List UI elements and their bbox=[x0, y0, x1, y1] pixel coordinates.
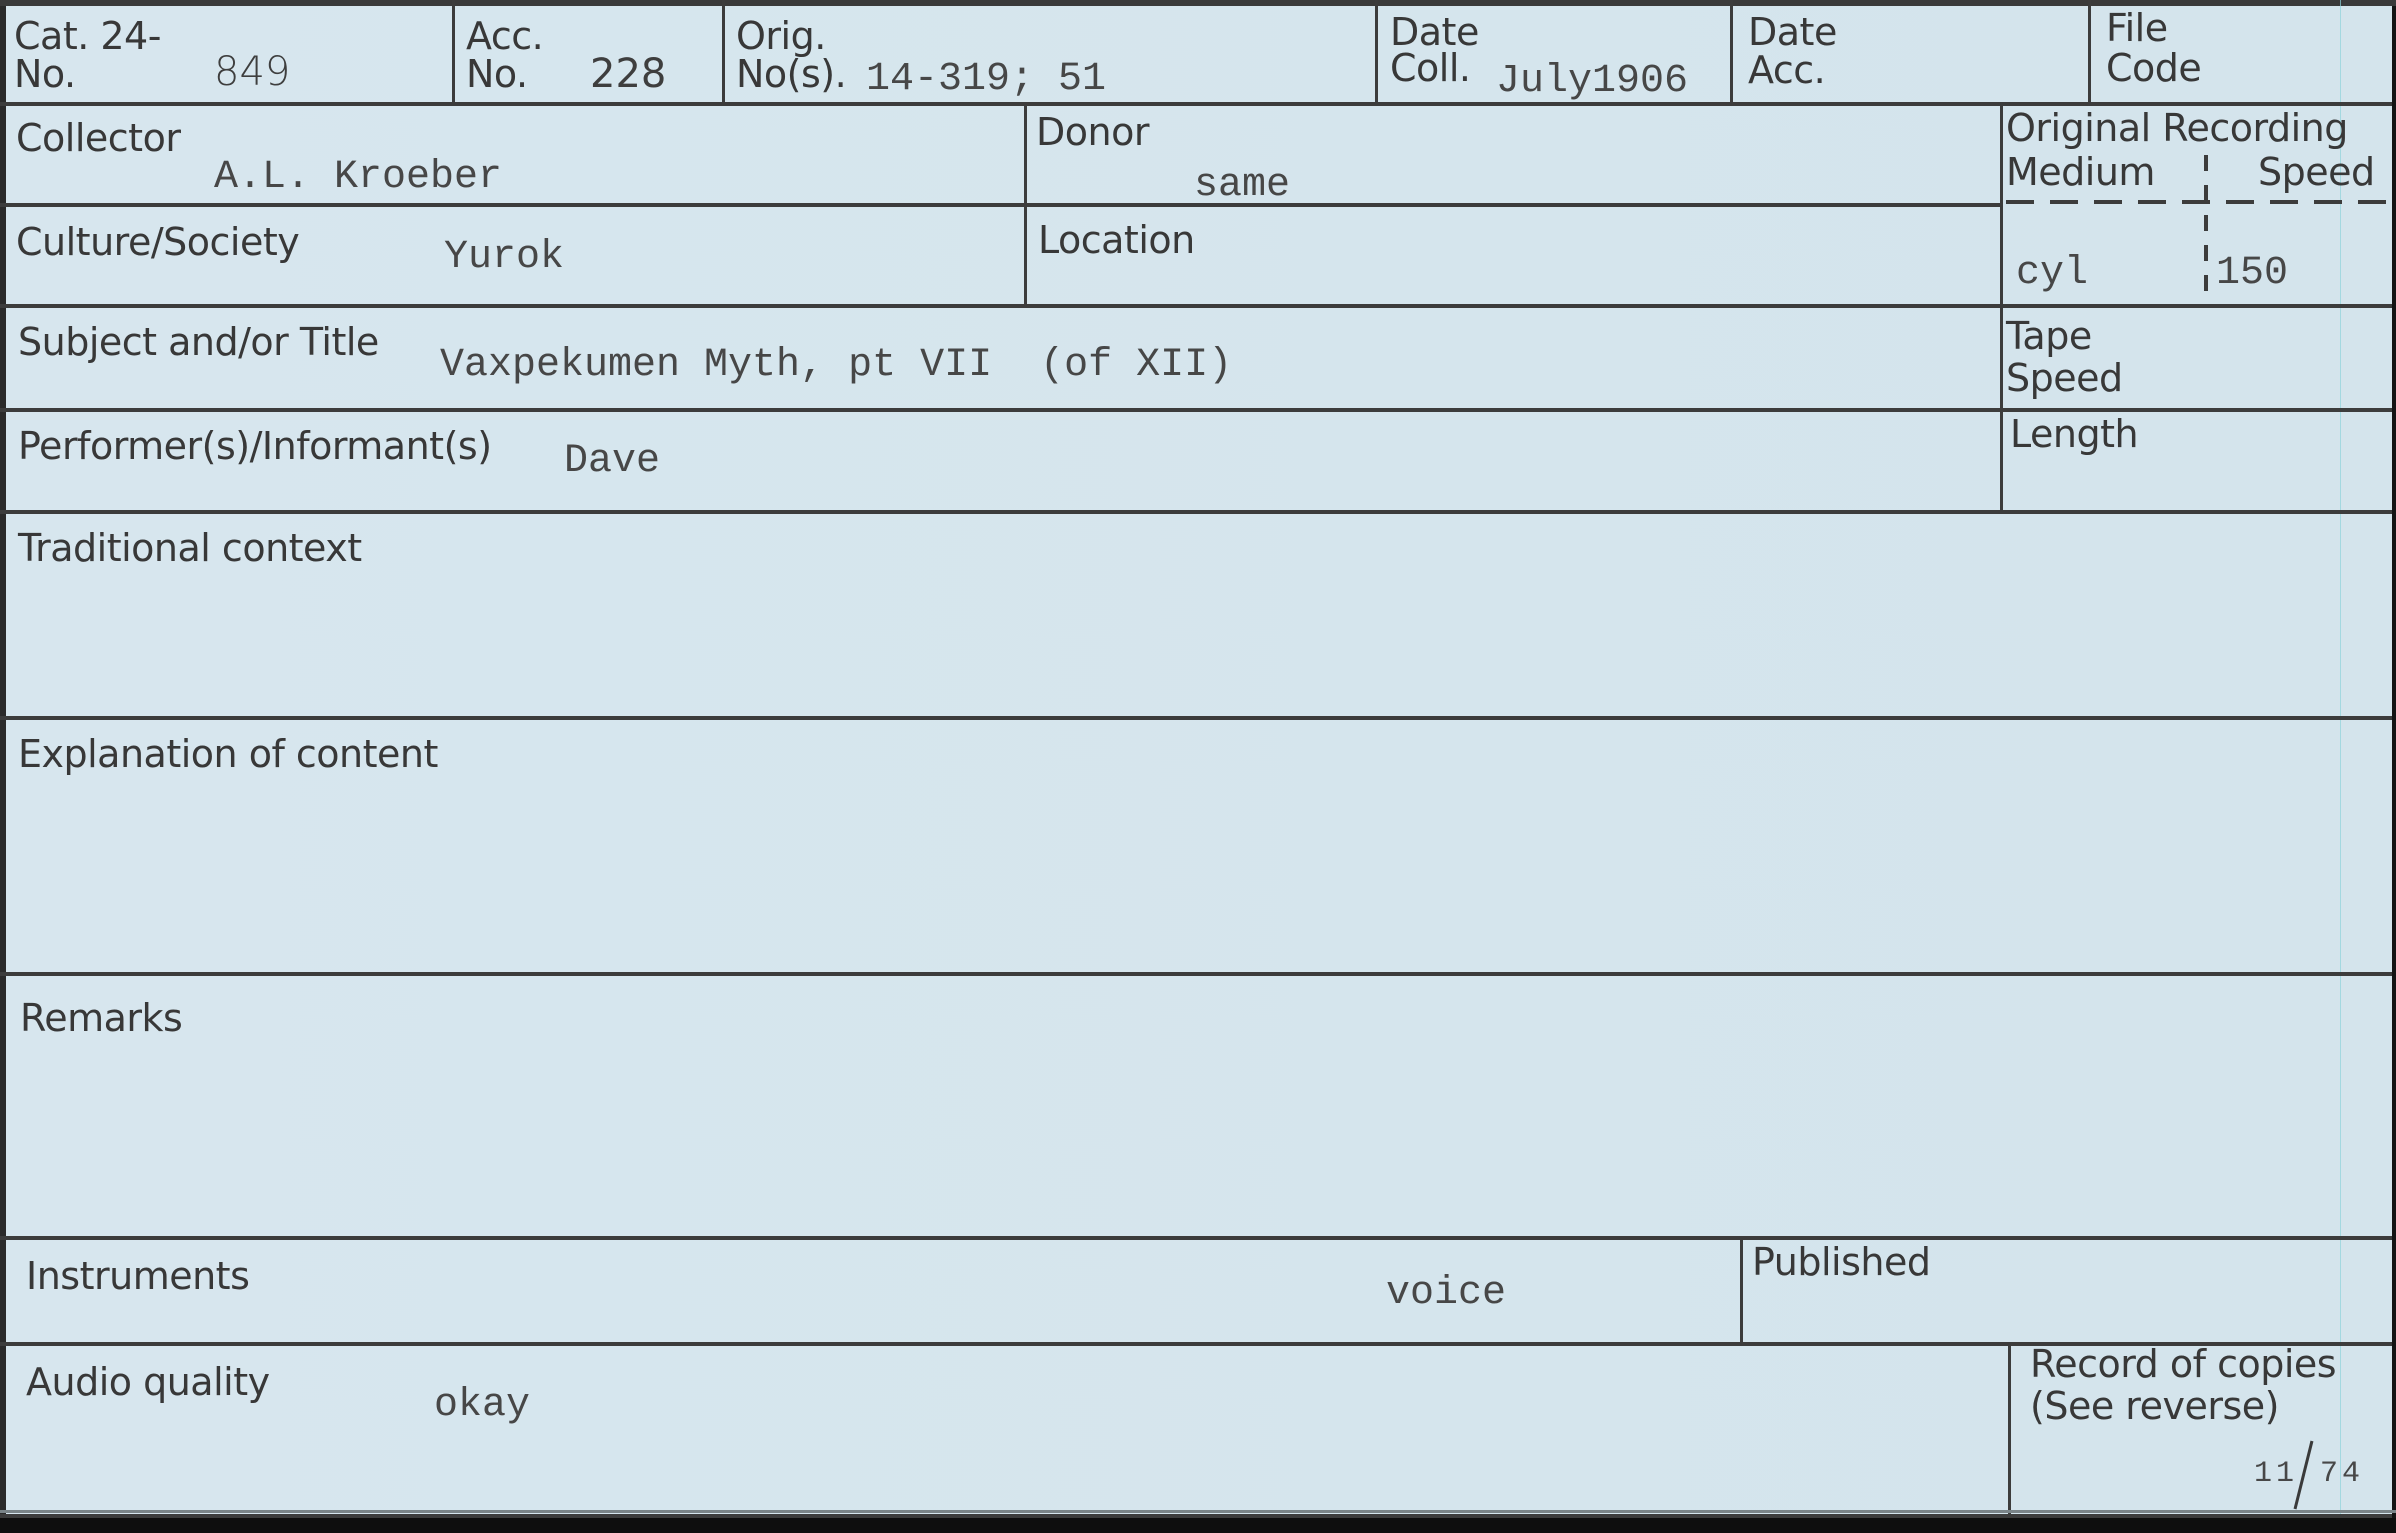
orig-nos-value: 14-319; 51 bbox=[866, 58, 1106, 102]
collector-value: A.L. Kroeber bbox=[214, 156, 502, 200]
tape-speed-label-line2: Speed bbox=[2006, 358, 2123, 398]
orig-nos-label-line2: No(s). bbox=[736, 54, 846, 94]
divider-acc-orig bbox=[722, 0, 725, 104]
speed-label: Speed bbox=[2258, 152, 2375, 192]
rule-traditional-bottom bbox=[0, 716, 2392, 720]
rule-explanation-bottom bbox=[0, 972, 2392, 976]
performers-value: Dave bbox=[564, 440, 660, 484]
divider-collector-donor bbox=[1024, 104, 1027, 308]
original-recording-title: Original Recording bbox=[2006, 108, 2348, 148]
medium-label: Medium bbox=[2006, 152, 2155, 192]
record-of-copies-value-right: 74 bbox=[2320, 1452, 2364, 1496]
date-coll-value: July1906 bbox=[1496, 60, 1688, 104]
acc-no-label-line1: Acc. bbox=[466, 16, 543, 56]
collector-label: Collector bbox=[16, 118, 180, 158]
scan-background-strip bbox=[0, 1518, 2396, 1533]
record-of-copies-label-line2: (See reverse) bbox=[2030, 1386, 2279, 1426]
audio-quality-label: Audio quality bbox=[26, 1362, 270, 1402]
performers-label: Performer(s)/Informant(s) bbox=[18, 426, 492, 466]
cat-no-label-line1: Cat. 24- bbox=[14, 16, 161, 56]
speed-value: 150 bbox=[2216, 252, 2288, 296]
divider-medium-speed-dashed bbox=[2204, 155, 2208, 303]
rule-remarks-bottom bbox=[0, 1236, 2392, 1240]
orig-nos-label-line1: Orig. bbox=[736, 16, 826, 56]
subject-title-label: Subject and/or Title bbox=[18, 322, 379, 362]
location-label: Location bbox=[1038, 220, 1195, 260]
culture-society-label: Culture/Society bbox=[16, 222, 299, 262]
instruments-value: voice bbox=[1386, 1272, 1506, 1316]
file-code-label-line1: File bbox=[2106, 8, 2168, 48]
file-code-label-line2: Code bbox=[2106, 48, 2201, 88]
subject-title-value: Vaxpekumen Myth, pt VII (of XII) bbox=[440, 344, 1232, 388]
record-of-copies-label-line1: Record of copies bbox=[2030, 1344, 2336, 1384]
record-of-copies-value-left: 11 bbox=[2254, 1452, 2298, 1496]
divider-orig-datecoll bbox=[1375, 0, 1378, 104]
divider-audio-copies bbox=[2008, 1342, 2011, 1518]
donor-label: Donor bbox=[1036, 112, 1149, 152]
card-bottom-edge bbox=[0, 1510, 2396, 1513]
divider-instruments-published bbox=[1740, 1236, 1743, 1344]
date-acc-label-line2: Acc. bbox=[1748, 50, 1825, 90]
audio-quality-value: okay bbox=[434, 1384, 530, 1428]
explanation-label: Explanation of content bbox=[18, 734, 438, 774]
remarks-label: Remarks bbox=[20, 998, 182, 1038]
traditional-context-label: Traditional context bbox=[18, 528, 362, 568]
acc-no-value: 228 bbox=[590, 52, 666, 96]
medium-value: cyl bbox=[2016, 252, 2088, 296]
length-label: Length bbox=[2010, 414, 2138, 454]
rule-performer-bottom bbox=[0, 510, 2392, 514]
divider-dateacc-filecode bbox=[2088, 0, 2091, 104]
donor-value: same bbox=[1194, 164, 1290, 208]
culture-society-value: Yurok bbox=[444, 236, 564, 280]
rule-medium-speed-dashed bbox=[2006, 200, 2390, 204]
divider-cat-acc bbox=[452, 0, 455, 104]
tape-speed-label-line1: Tape bbox=[2006, 316, 2092, 356]
date-coll-label-line2: Coll. bbox=[1390, 48, 1470, 88]
instruments-label: Instruments bbox=[26, 1256, 249, 1296]
scan-artifact-line bbox=[2340, 0, 2341, 1520]
rule-collector-bottom bbox=[0, 203, 2000, 207]
divider-left-orig-recording bbox=[2000, 104, 2003, 512]
card-top-edge bbox=[0, 0, 2396, 6]
acc-no-label-line2: No. bbox=[466, 54, 528, 94]
date-acc-label-line1: Date bbox=[1748, 12, 1837, 52]
published-label: Published bbox=[1752, 1242, 1930, 1282]
cat-no-value: 849 bbox=[214, 50, 290, 94]
cat-no-label-line2: No. bbox=[14, 54, 76, 94]
divider-datecoll-dateacc bbox=[1730, 0, 1733, 104]
rule-culture-bottom bbox=[0, 304, 2392, 308]
